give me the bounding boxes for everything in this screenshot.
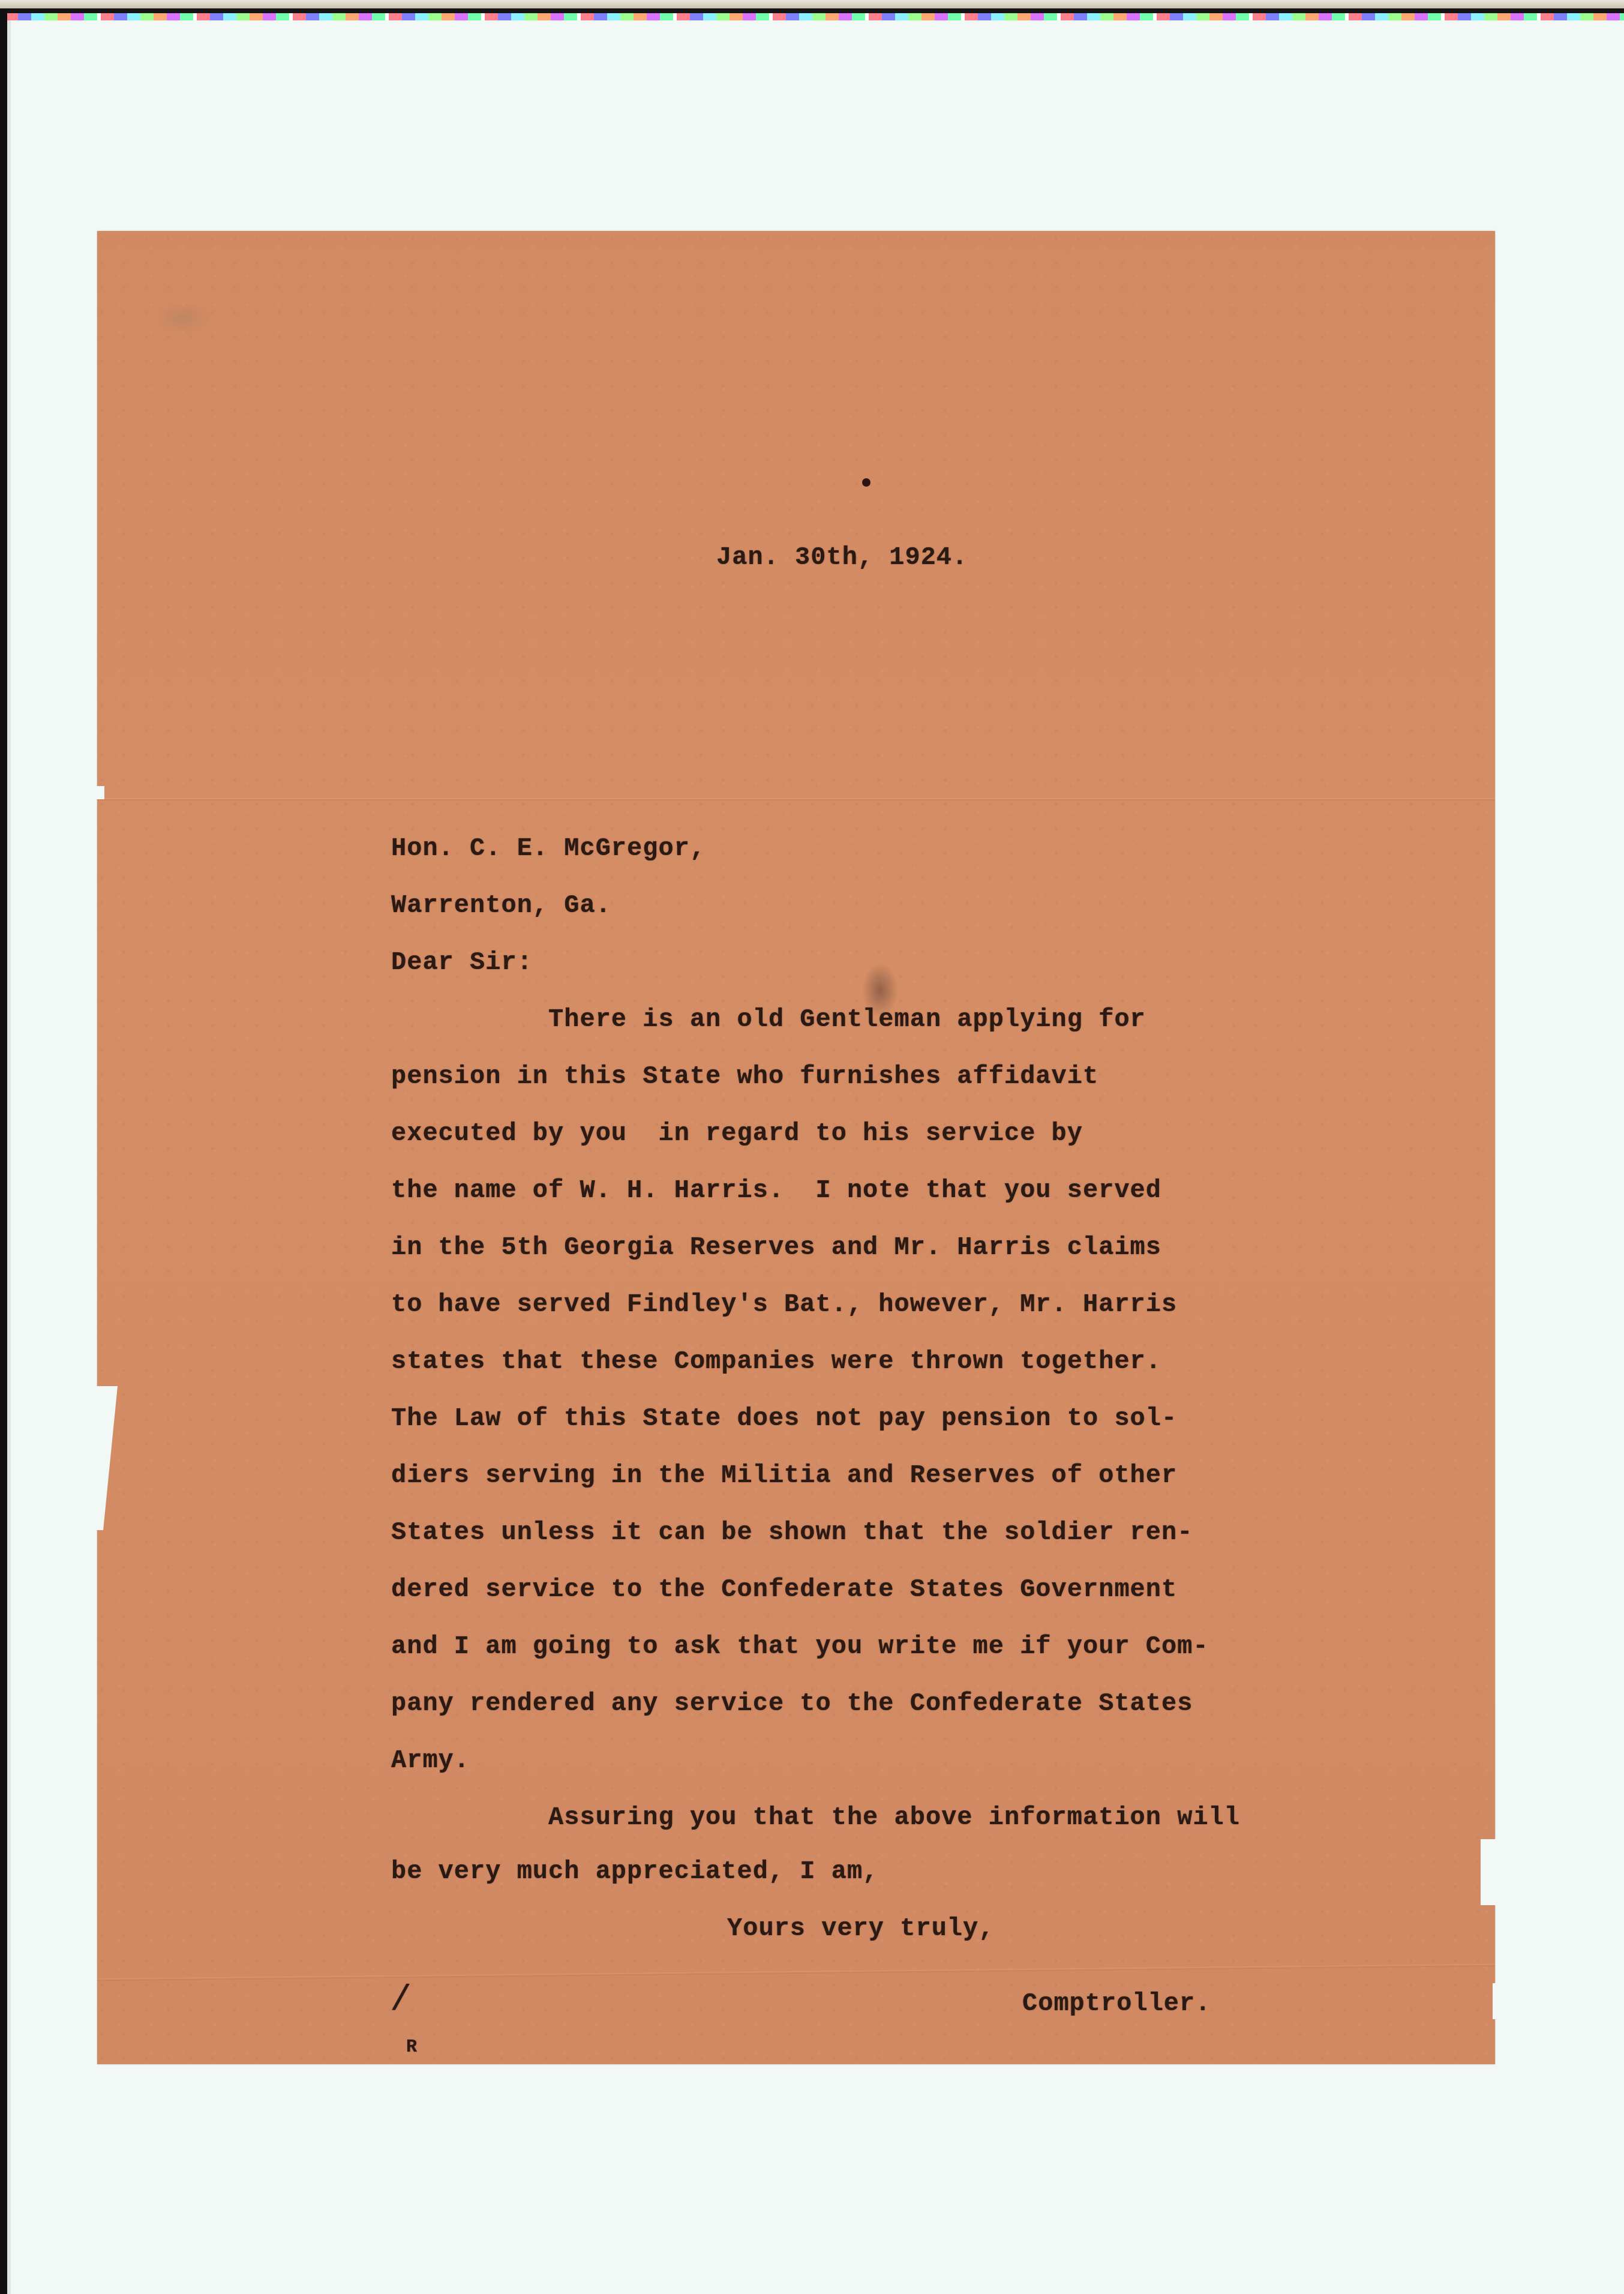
paper-stain	[156, 303, 210, 333]
body-line: in the 5th Georgia Reserves and Mr. Harr…	[391, 1233, 1161, 1262]
scanner-color-calibration-strip	[5, 13, 1624, 20]
typist-initial: R	[406, 2037, 418, 2058]
torn-edge-notch	[94, 786, 104, 799]
body-line: Assuring you that the above information …	[391, 1803, 1240, 1832]
body-line: executed by you in regard to his service…	[391, 1119, 1083, 1148]
body-line: Army.	[391, 1746, 470, 1775]
ink-dot	[862, 478, 870, 487]
body-line: pany rendered any service to the Confede…	[391, 1689, 1193, 1718]
scanner-left-border	[0, 8, 7, 2294]
recipient-location: Warrenton, Ga.	[391, 891, 611, 920]
body-line: to have served Findley's Bat., however, …	[391, 1290, 1177, 1319]
closing: Yours very truly,	[727, 1914, 994, 1943]
recipient-name: Hon. C. E. McGregor,	[391, 834, 706, 863]
body-line: states that these Companies were thrown …	[391, 1347, 1161, 1376]
salutation: Dear Sir:	[391, 948, 533, 977]
torn-edge-notch-right-small	[1493, 1983, 1499, 2019]
body-line: The Law of this State does not pay pensi…	[391, 1404, 1177, 1433]
body-line: be very much appreciated, I am,	[391, 1857, 878, 1886]
signature-title: Comptroller.	[1022, 1989, 1211, 2018]
letter-page: Jan. 30th, 1924. Hon. C. E. McGregor, Wa…	[97, 231, 1495, 2064]
scanner-dark-bar	[5, 8, 1624, 13]
body-line: the name of W. H. Harris. I note that yo…	[391, 1176, 1161, 1205]
body-line: States unless it can be shown that the s…	[391, 1518, 1193, 1547]
torn-edge-notch-right	[1481, 1839, 1499, 1905]
body-line: and I am going to ask that you write me …	[391, 1632, 1209, 1661]
body-line: diers serving in the Militia and Reserve…	[391, 1461, 1177, 1490]
fold-crease-lower	[97, 1964, 1495, 1981]
body-line: pension in this State who furnishes affi…	[391, 1062, 1098, 1091]
letter-date: Jan. 30th, 1924.	[716, 543, 968, 572]
fold-crease-upper	[97, 798, 1495, 800]
body-line: dered service to the Confederate States …	[391, 1575, 1177, 1604]
body-line: There is an old Gentleman applying for	[391, 1005, 1146, 1034]
typist-mark: /	[390, 1980, 412, 2021]
torn-edge-tear	[94, 1386, 118, 1530]
scanner-top-edge	[0, 0, 1624, 8]
